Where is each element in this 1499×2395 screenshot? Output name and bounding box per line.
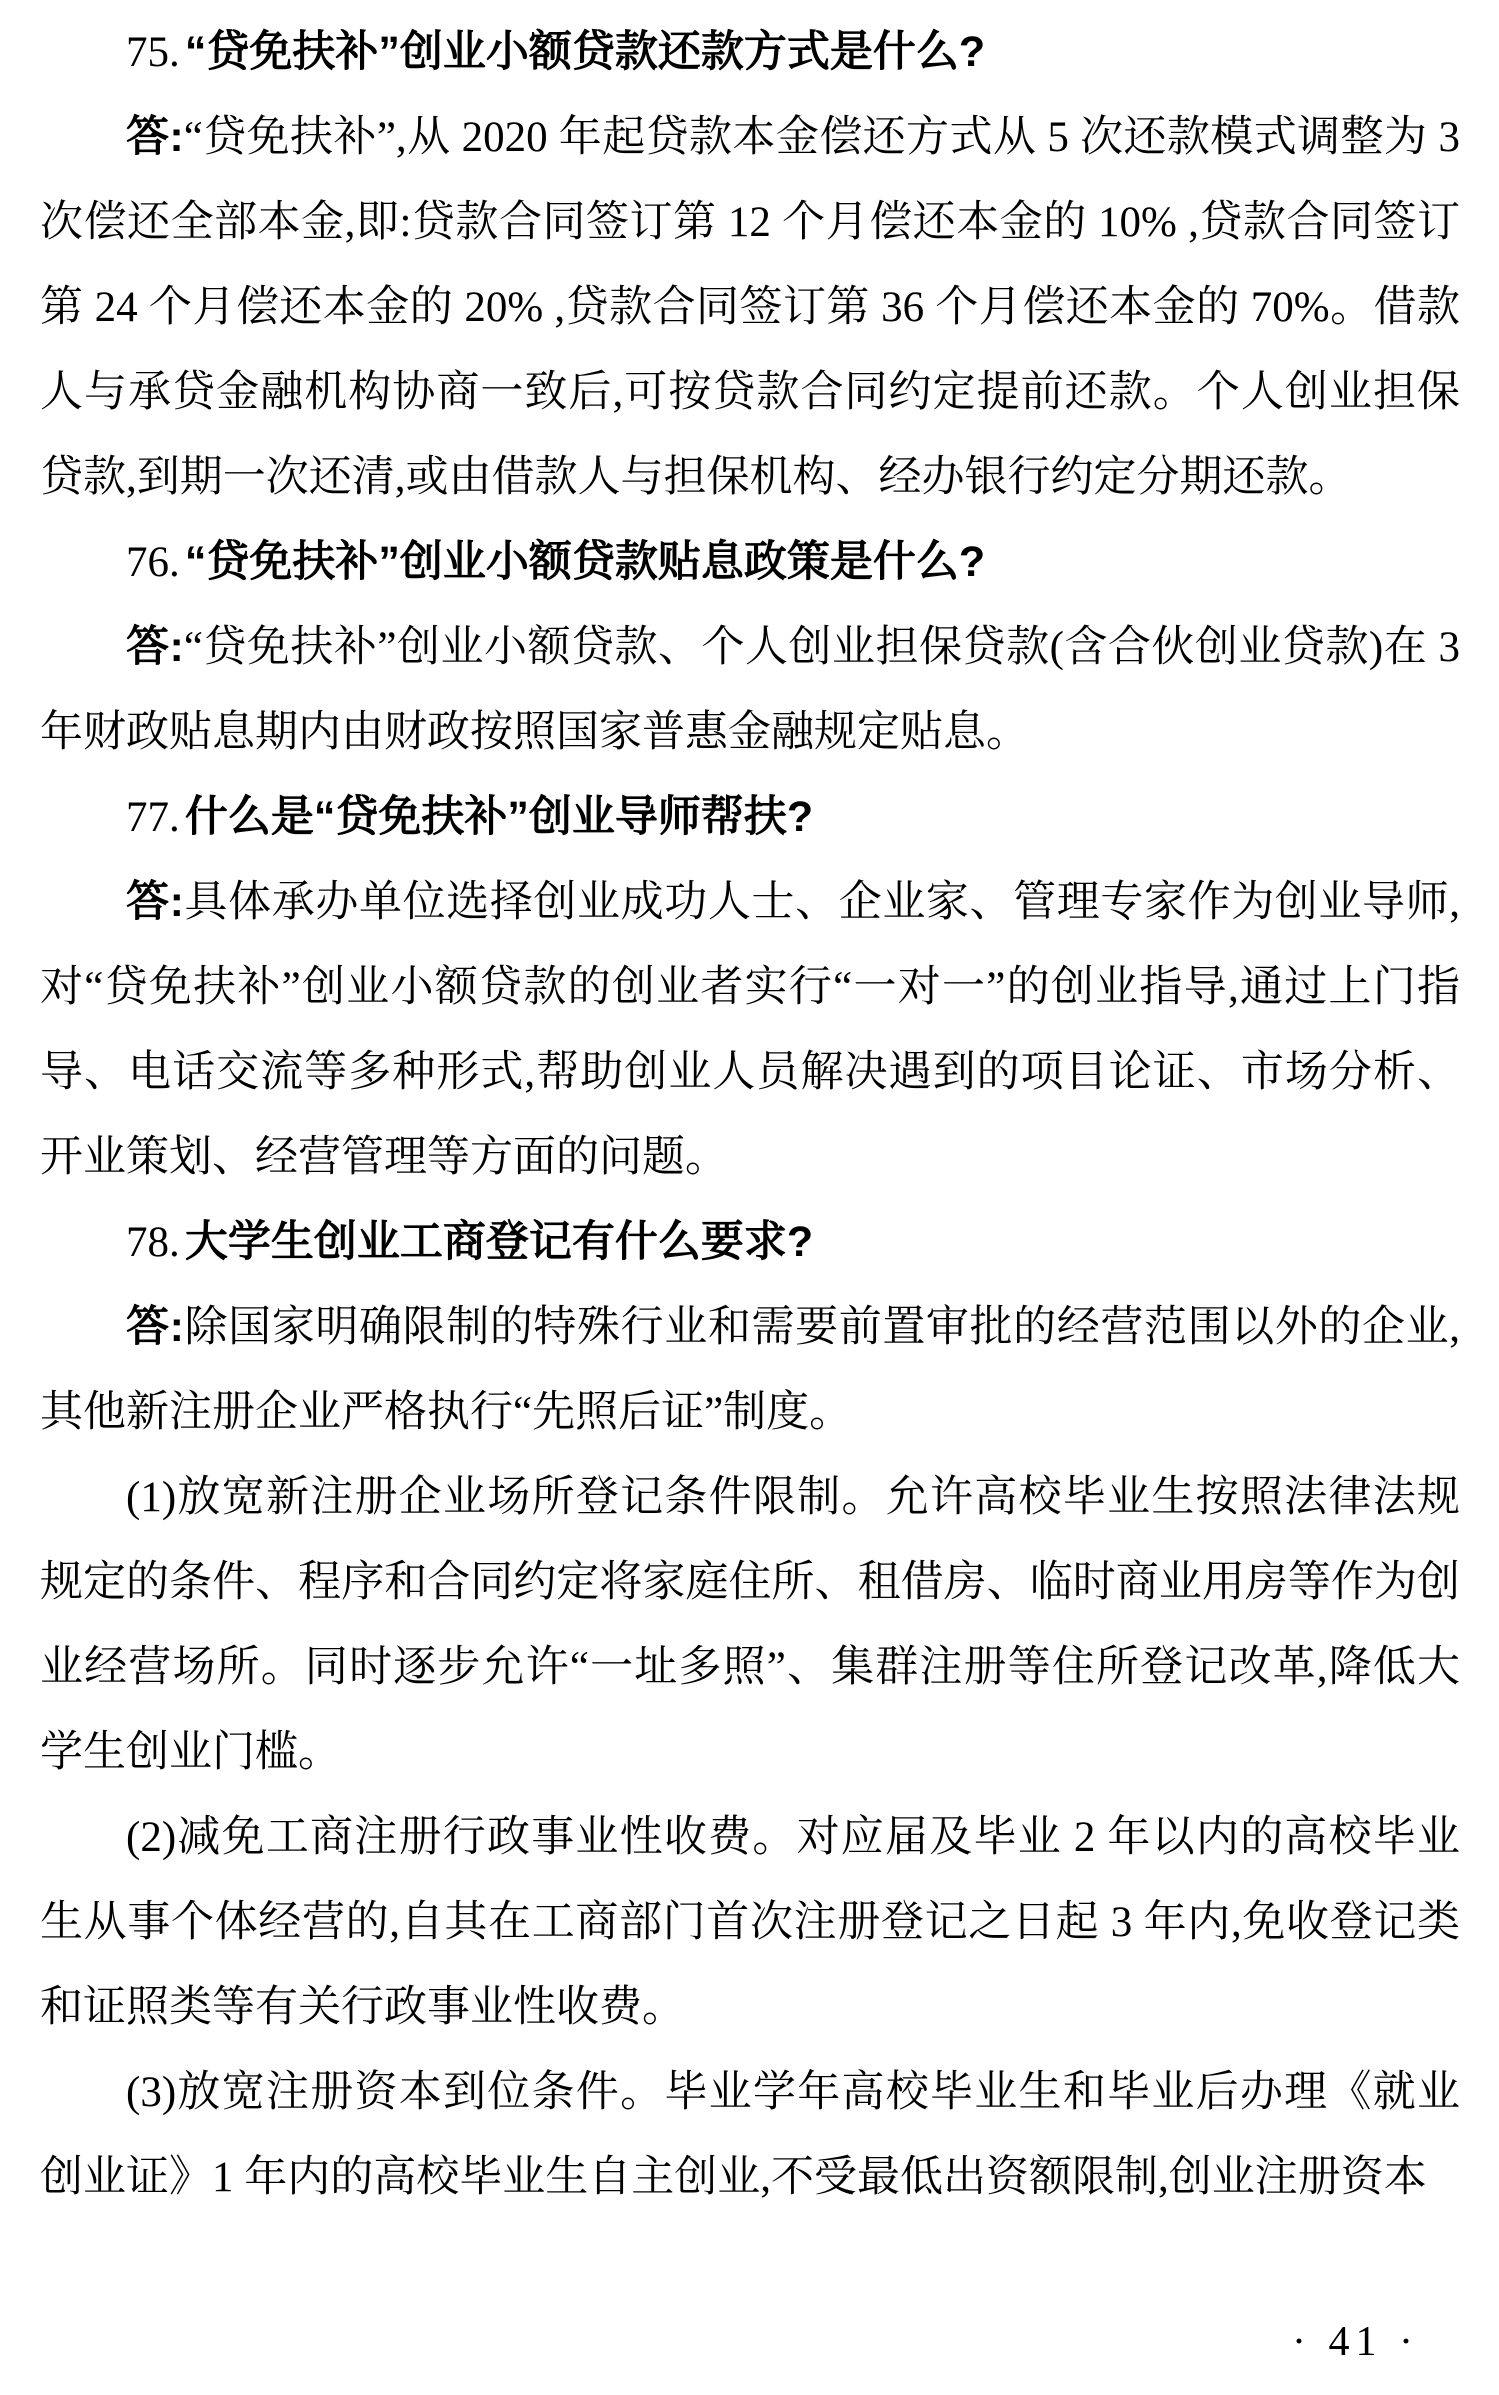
question-heading: 75.“贷免扶补”创业小额贷款还款方式是什么?	[40, 10, 1460, 95]
question-heading: 78.大学生创业工商登记有什么要求?	[40, 1200, 1460, 1285]
question-title: “贷免扶补”创业小额贷款还款方式是什么?	[185, 28, 985, 76]
question-number: 78.	[126, 1219, 180, 1266]
answer-text: 除国家明确限制的特殊行业和需要前置审批的经营范围以外的企业,其他新注册企业严格执…	[40, 1304, 1460, 1436]
answer-text: 具体承办单位选择创业成功人士、企业家、管理专家作为创业导师,对“贷免扶补”创业小…	[40, 879, 1460, 1181]
question-title: 大学生创业工商登记有什么要求?	[185, 1218, 813, 1266]
question-heading: 77.什么是“贷免扶补”创业导师帮扶?	[40, 775, 1460, 860]
answer-prefix: 答:	[126, 1303, 184, 1351]
answer-prefix: 答:	[126, 623, 184, 671]
qa-item: 76.“贷免扶补”创业小额贷款贴息政策是什么?答:“贷免扶补”创业小额贷款、个人…	[40, 520, 1460, 775]
answer-paragraph: 答:除国家明确限制的特殊行业和需要前置审批的经营范围以外的企业,其他新注册企业严…	[40, 1285, 1460, 1455]
document-page: 75.“贷免扶补”创业小额贷款还款方式是什么?答:“贷免扶补”,从 2020 年…	[0, 0, 1499, 2395]
answer-paragraph: 答:“贷免扶补”,从 2020 年起贷款本金偿还方式从 5 次还款模式调整为 3…	[40, 95, 1460, 520]
question-title: “贷免扶补”创业小额贷款贴息政策是什么?	[185, 538, 985, 586]
document-body: 75.“贷免扶补”创业小额贷款还款方式是什么?答:“贷免扶补”,从 2020 年…	[40, 10, 1460, 2220]
answer-text: “贷免扶补”,从 2020 年起贷款本金偿还方式从 5 次还款模式调整为 3 次…	[40, 114, 1460, 501]
question-heading: 76.“贷免扶补”创业小额贷款贴息政策是什么?	[40, 520, 1460, 605]
answer-text: (2)减免工商注册行政事业性收费。对应届及毕业 2 年以内的高校毕业生从事个体经…	[40, 1814, 1460, 2031]
answer-paragraph: 答:具体承办单位选择创业成功人士、企业家、管理专家作为创业导师,对“贷免扶补”创…	[40, 860, 1460, 1200]
question-number: 77.	[126, 794, 180, 841]
page-number: · 41 ·	[1292, 2321, 1419, 2363]
qa-item: 75.“贷免扶补”创业小额贷款还款方式是什么?答:“贷免扶补”,从 2020 年…	[40, 10, 1460, 520]
answer-prefix: 答:	[126, 113, 184, 161]
question-number: 76.	[126, 539, 180, 586]
question-title: 什么是“贷免扶补”创业导师帮扶?	[185, 793, 813, 841]
answer-paragraph: 答:“贷免扶补”创业小额贷款、个人创业担保贷款(含合伙创业贷款)在 3 年财政贴…	[40, 605, 1460, 775]
answer-paragraph: (3)放宽注册资本到位条件。毕业学年高校毕业生和毕业后办理《就业创业证》1 年内…	[40, 2050, 1460, 2220]
answer-text: (1)放宽新注册企业场所登记条件限制。允许高校毕业生按照法律法规规定的条件、程序…	[40, 1474, 1460, 1776]
question-number: 75.	[126, 29, 180, 76]
answer-paragraph: (2)减免工商注册行政事业性收费。对应届及毕业 2 年以内的高校毕业生从事个体经…	[40, 1795, 1460, 2050]
answer-text: “贷免扶补”创业小额贷款、个人创业担保贷款(含合伙创业贷款)在 3 年财政贴息期…	[40, 624, 1460, 756]
answer-prefix: 答:	[126, 878, 184, 926]
qa-item: 77.什么是“贷免扶补”创业导师帮扶?答:具体承办单位选择创业成功人士、企业家、…	[40, 775, 1460, 1200]
qa-item: 78.大学生创业工商登记有什么要求?答:除国家明确限制的特殊行业和需要前置审批的…	[40, 1200, 1460, 2220]
answer-paragraph: (1)放宽新注册企业场所登记条件限制。允许高校毕业生按照法律法规规定的条件、程序…	[40, 1455, 1460, 1795]
answer-text: (3)放宽注册资本到位条件。毕业学年高校毕业生和毕业后办理《就业创业证》1 年内…	[40, 2069, 1460, 2201]
